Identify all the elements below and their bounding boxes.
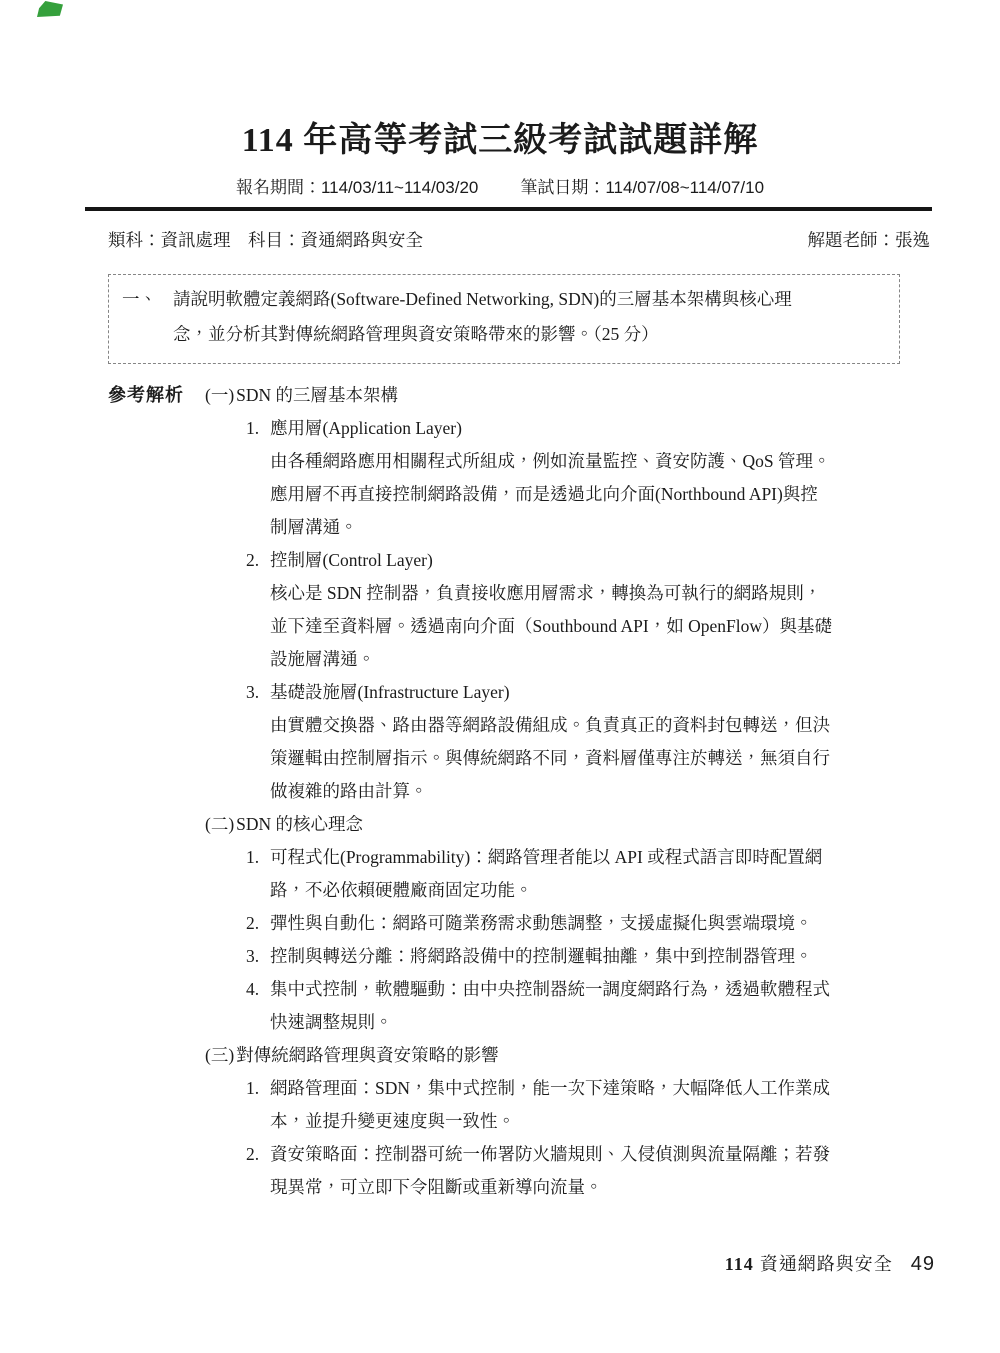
footer-subject: 資通網路與安全 (760, 1254, 893, 1274)
item-title: 網路管理面：SDN，集中式控制，能一次下達策略，大幅降低人工作業成 (270, 1072, 930, 1105)
list-item: 3. 控制與轉送分離：將網路設備中的控制邏輯抽離，集中到控制器管理。 (205, 940, 930, 973)
header-divider (85, 207, 932, 211)
meta-row: 類科：資訊處理 科目：資通網路與安全 解題老師：張逸 (108, 227, 930, 252)
written-exam-date: 筆試日期：114/07/08~114/07/10 (520, 178, 764, 197)
item-title: 控制層(Control Layer) (270, 544, 930, 577)
section-heading-text: SDN 的核心理念 (236, 814, 363, 834)
item-body-line: 路，不必依賴硬體廠商固定功能。 (270, 874, 930, 907)
item-title: 集中式控制，軟體驅動：由中央控制器統一調度網路行為，透過軟體程式 (270, 973, 930, 1006)
item-title: 應用層(Application Layer) (270, 412, 930, 445)
category-subject-label: 類科：資訊處理 科目：資通網路與安全 (108, 227, 423, 252)
item-body-line: 由各種網路應用相關程式所組成，例如流量監控、資安防護、QoS 管理。 (270, 445, 930, 478)
question-box: 一、 請說明軟體定義網路(Software-Defined Networking… (108, 274, 900, 364)
item-body-line: 應用層不再直接控制網路設備，而是透過北向介面(Northbound API)與控 (270, 478, 930, 511)
section-heading-text: 對傳統網路管理與資安策略的影響 (236, 1045, 499, 1065)
item-body-line: 現異常，可立即下令阻斷或重新導向流量。 (270, 1171, 930, 1204)
solution-part-1: (一)SDN 的三層基本架構 1. 應用層(Application Layer)… (205, 379, 930, 808)
item-number: 2. (246, 544, 259, 577)
list-item: 2. 資安策略面：控制器可統一佈署防火牆規則、入侵偵測與流量隔離；若發 現異常，… (205, 1138, 930, 1204)
item-body-line: 本，並提升變更速度與一致性。 (270, 1105, 930, 1138)
solution-part-3: (三)對傳統網路管理與資安策略的影響 1. 網路管理面：SDN，集中式控制，能一… (205, 1039, 930, 1204)
section-heading: (二)SDN 的核心理念 (205, 808, 930, 841)
section-heading: (三)對傳統網路管理與資安策略的影響 (205, 1039, 930, 1072)
section-number: (三) (205, 1045, 234, 1065)
list-item: 2. 控制層(Control Layer) 核心是 SDN 控制器，負責接收應用… (205, 544, 930, 676)
exam-dates-line: 報名期間：114/03/11~114/03/20筆試日期：114/07/08~1… (0, 173, 1000, 198)
item-number: 2. (246, 907, 259, 940)
list-item: 1. 網路管理面：SDN，集中式控制，能一次下達策略，大幅降低人工作業成 本，並… (205, 1072, 930, 1138)
item-body-line: 設施層溝通。 (270, 643, 930, 676)
item-number: 1. (246, 841, 259, 874)
document-header: 114 年高等考試三級考試試題詳解 報名期間：114/03/11~114/03/… (0, 0, 1000, 252)
section-number: (一) (205, 385, 234, 405)
solution-section: 參考解析 (一)SDN 的三層基本架構 1. 應用層(Application L… (108, 379, 930, 1204)
exam-solution-page: 114 年高等考試三級考試試題詳解 報名期間：114/03/11~114/03/… (0, 0, 1000, 1353)
solution-label: 參考解析 (108, 379, 205, 1204)
item-number: 4. (246, 973, 259, 1006)
footer-page-number: 49 (911, 1253, 935, 1275)
solver-teacher-label: 解題老師：張逸 (808, 227, 931, 252)
list-item: 3. 基礎設施層(Infrastructure Layer) 由實體交換器、路由… (205, 676, 930, 808)
item-body-line: 由實體交換器、路由器等網路設備組成。負責真正的資料封包轉送，但決 (270, 709, 930, 742)
footer-year: 114 (725, 1254, 754, 1274)
section-number: (二) (205, 814, 234, 834)
item-body-line: 並下達至資料層。透過南向介面（Southbound API，如 OpenFlow… (270, 610, 930, 643)
item-body-line: 核心是 SDN 控制器，負責接收應用層需求，轉換為可執行的網路規則， (270, 577, 930, 610)
list-item: 4. 集中式控制，軟體驅動：由中央控制器統一調度網路行為，透過軟體程式 快速調整… (205, 973, 930, 1039)
question-number: 一、 (122, 282, 173, 352)
item-number: 1. (246, 1072, 259, 1105)
item-number: 2. (246, 1138, 259, 1171)
page-footer: 114資通網路與安全49 (725, 1250, 935, 1276)
list-item: 1. 應用層(Application Layer) 由各種網路應用相關程式所組成… (205, 412, 930, 544)
item-number: 1. (246, 412, 259, 445)
section-heading: (一)SDN 的三層基本架構 (205, 379, 930, 412)
item-title: 控制與轉送分離：將網路設備中的控制邏輯抽離，集中到控制器管理。 (270, 940, 930, 973)
item-number: 3. (246, 676, 259, 709)
question-line-1: 請說明軟體定義網路(Software-Defined Networking, S… (173, 282, 883, 317)
item-title: 基礎設施層(Infrastructure Layer) (270, 676, 930, 709)
item-title: 彈性與自動化：網路可隨業務需求動態調整，支援虛擬化與雲端環境。 (270, 907, 930, 940)
section-heading-text: SDN 的三層基本架構 (236, 385, 398, 405)
item-body-line: 做複雜的路由計算。 (270, 775, 930, 808)
item-body-line: 策邏輯由控制層指示。與傳統網路不同，資料層僅專注於轉送，無須自行 (270, 742, 930, 775)
question-text: 請說明軟體定義網路(Software-Defined Networking, S… (173, 282, 883, 352)
solution-content: (一)SDN 的三層基本架構 1. 應用層(Application Layer)… (205, 379, 930, 1204)
item-body-line: 制層溝通。 (270, 511, 930, 544)
page-title: 114 年高等考試三級考試試題詳解 (0, 0, 1000, 161)
list-item: 1. 可程式化(Programmability)：網路管理者能以 API 或程式… (205, 841, 930, 907)
list-item: 2. 彈性與自動化：網路可隨業務需求動態調整，支援虛擬化與雲端環境。 (205, 907, 930, 940)
item-number: 3. (246, 940, 259, 973)
item-title: 資安策略面：控制器可統一佈署防火牆規則、入侵偵測與流量隔離；若發 (270, 1138, 930, 1171)
item-body-line: 快速調整規則。 (270, 1006, 930, 1039)
registration-period: 報名期間：114/03/11~114/03/20 (236, 178, 478, 197)
question-row: 一、 請說明軟體定義網路(Software-Defined Networking… (122, 282, 883, 352)
item-title: 可程式化(Programmability)：網路管理者能以 API 或程式語言即… (270, 841, 930, 874)
solution-part-2: (二)SDN 的核心理念 1. 可程式化(Programmability)：網路… (205, 808, 930, 1039)
question-line-2: 念，並分析其對傳統網路管理與資安策略帶來的影響。（25 分） (173, 317, 883, 352)
